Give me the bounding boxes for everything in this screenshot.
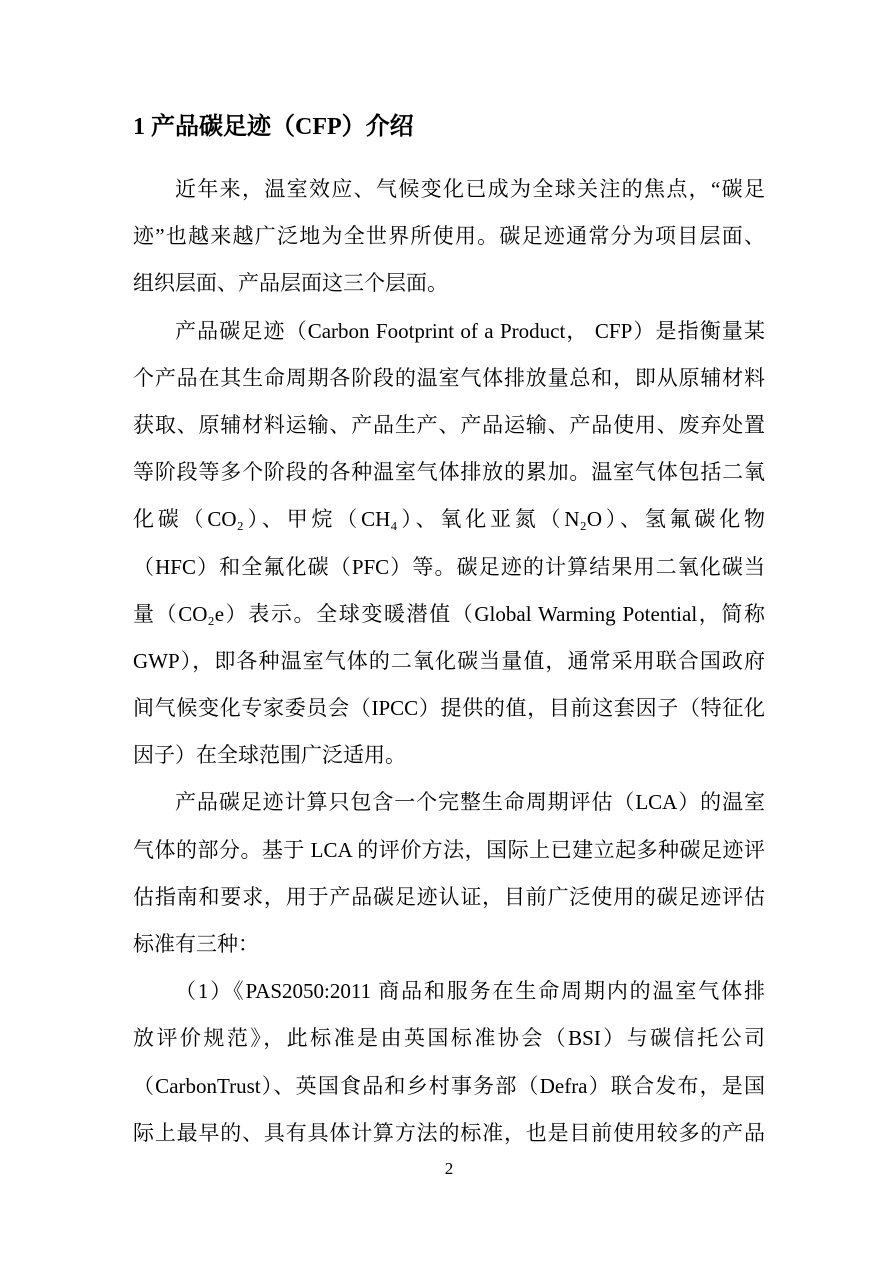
text-line: 产品碳足迹计算只包含一个完整生命周期评估（LCA）的温室 [133,779,765,826]
section-heading: 1 产品碳足迹（CFP）介绍 [133,111,765,144]
text-line: 际上最早的、具有具体计算方法的标准，也是目前使用较多的产品 [133,1110,765,1157]
text-line: 气体的部分。基于 LCA 的评价方法，国际上已建立起多种碳足迹评 [133,827,765,874]
text-line: （HFC）和全氟化碳（PFC）等。碳足迹的计算结果用二氧化碳当 [133,544,765,591]
text-line: 化碳（CO₂）、甲烷（CH₄）、氧化亚氮（N₂O）、氢氟碳化物 [133,496,765,543]
document-body: 近年来，温室效应、气候变化已成为全球关注的焦点，“碳足 迹”也越来越广泛地为全世… [133,166,765,1157]
text-line: 估指南和要求，用于产品碳足迹认证，目前广泛使用的碳足迹评估 [133,874,765,921]
document-content: 1 产品碳足迹（CFP）介绍 近年来，温室效应、气候变化已成为全球关注的焦点，“… [133,0,765,1157]
text-line: 产品碳足迹（Carbon Footprint of a Product， CFP… [133,308,765,355]
text-line: （CarbonTrust）、英国食品和乡村事务部（Defra）联合发布，是国 [133,1063,765,1110]
text-line: 获取、原辅材料运输、产品生产、产品运输、产品使用、废弃处置 [133,402,765,449]
text-line: 放评价规范》，此标准是由英国标准协会（BSI）与碳信托公司 [133,1015,765,1062]
text-line: 间气候变化专家委员会（IPCC）提供的值，目前这套因子（特征化 [133,685,765,732]
text-line: （1）《PAS2050:2011 商品和服务在生命周期内的温室气体排 [133,968,765,1015]
text-line: 近年来，温室效应、气候变化已成为全球关注的焦点，“碳足 [133,166,765,213]
page-number: 2 [133,1157,765,1181]
text-line: 组织层面、产品层面这三个层面。 [133,260,765,307]
text-line: 等阶段等多个阶段的各种温室气体排放的累加。温室气体包括二氧 [133,449,765,496]
text-line: GWP），即各种温室气体的二氧化碳当量值，通常采用联合国政府 [133,638,765,685]
text-line: 因子）在全球范围广泛适用。 [133,732,765,779]
document-page: 1 产品碳足迹（CFP）介绍 近年来，温室效应、气候变化已成为全球关注的焦点，“… [0,0,892,1262]
text-line: 迹”也越来越广泛地为全世界所使用。碳足迹通常分为项目层面、 [133,213,765,260]
text-line: 个产品在其生命周期各阶段的温室气体排放量总和，即从原辅材料 [133,355,765,402]
text-line: 标准有三种： [133,921,765,968]
text-line: 量（CO₂e）表示。全球变暖潜值（Global Warming Potentia… [133,591,765,638]
